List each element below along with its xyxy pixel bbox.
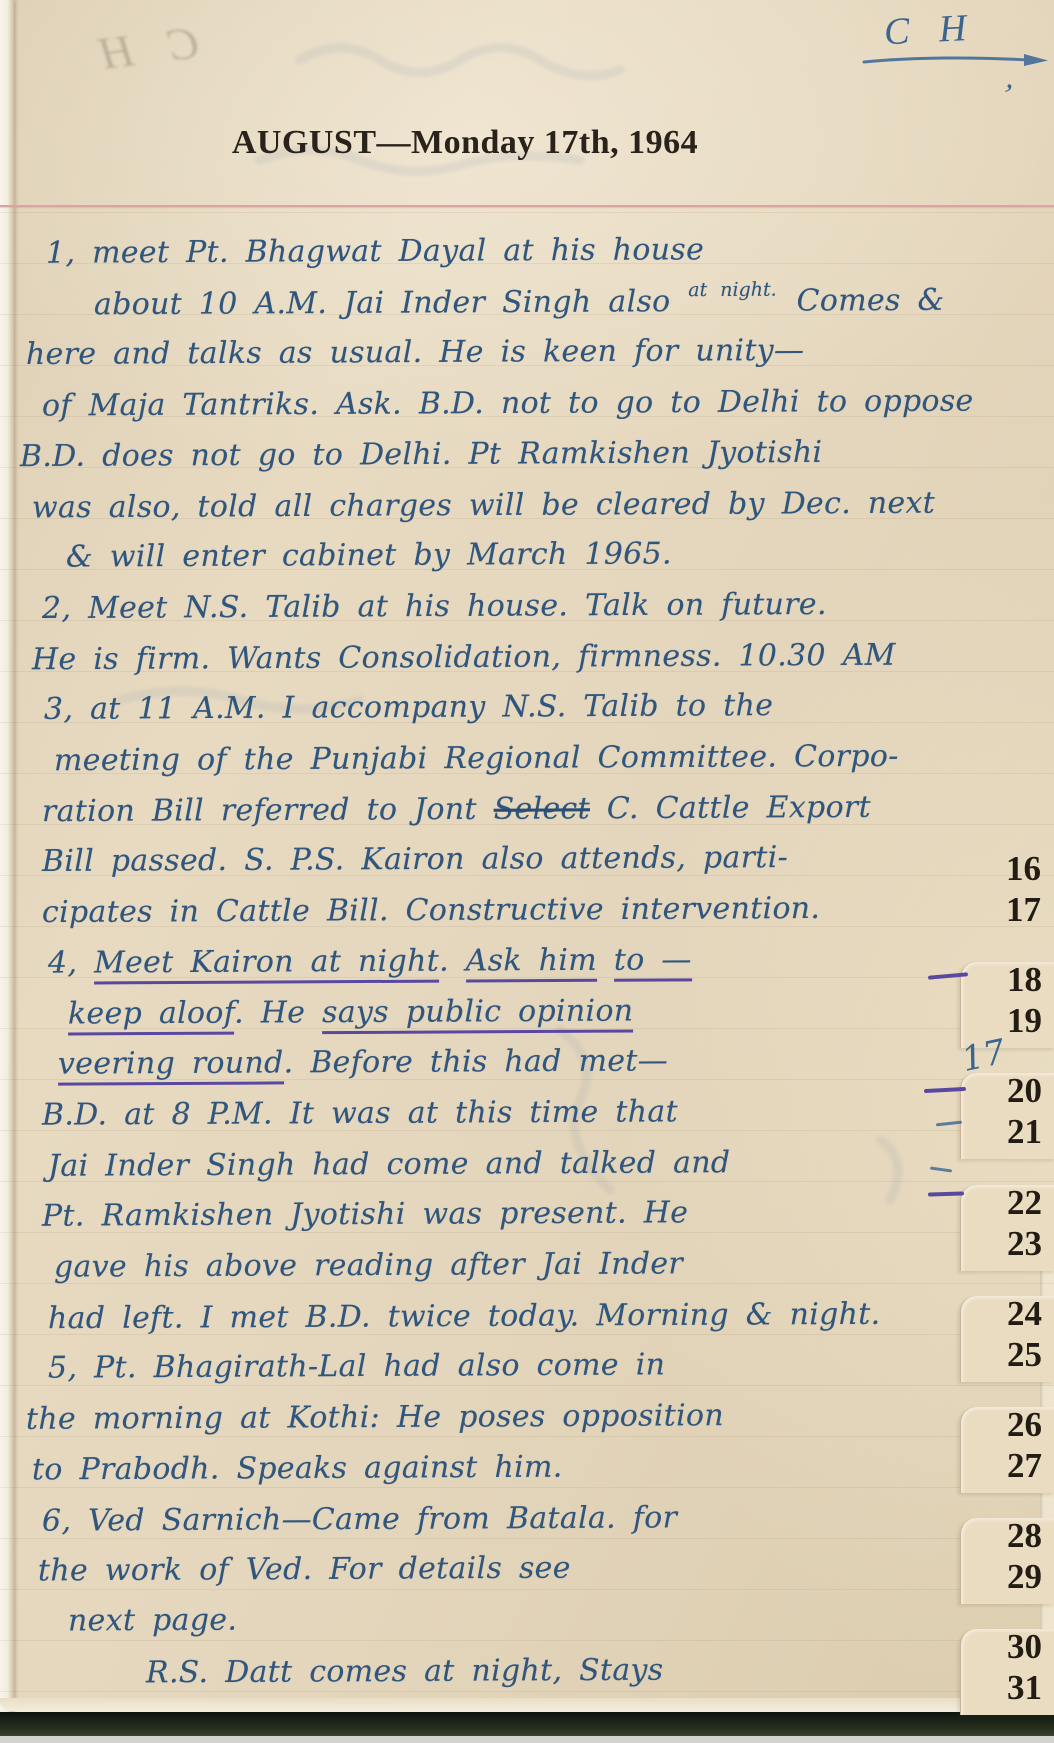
diary-line: 3, at 11 A.M. I accompany N.S. Talib to … [44,688,773,727]
diary-text-segment: Jai Inder Singh had come and talked and [48,1145,731,1184]
diary-line: Jai Inder Singh had come and talked and [48,1145,731,1184]
date-tab-20-21: 2021 [960,1073,1054,1159]
diary-line: keep aloof. He says public opinion [68,994,634,1032]
diary-cover-edge [0,1712,1054,1736]
diary-text-segment: 3, at 11 A.M. I accompany N.S. Talib to … [44,688,773,727]
diary-line: the work of Ved. For details see [38,1551,571,1589]
tab-date-number: 24 [1007,1296,1042,1331]
diary-text-segment: to — [614,942,692,981]
diary-text-segment: about 10 A.M. Jai Inder Singh also [94,284,688,322]
diary-text-segment: of Maja Tantriks. Ask. B.D. not to go to… [42,384,974,424]
tab-date-number: 29 [1007,1559,1042,1594]
diary-text-segment: & will enter cabinet by March 1965. [66,536,672,574]
date-tab-26-27: 2627 [960,1407,1054,1493]
diary-text-segment: at night. [688,279,777,301]
diary-line: 4, Meet Kairon at night. Ask him to — [48,942,692,980]
diary-text-segment: the morning at Kothi: He poses oppositio… [26,1398,724,1437]
diary-line: ration Bill referred to Jont Select C. C… [42,790,871,829]
diary-text-segment: 4, [48,945,94,980]
diary-text-segment: ration Bill referred to Jont [42,792,494,829]
diary-text-segment: here and talks as usual. He is keen for … [26,333,805,372]
date-tab-18-19: 1819 [960,962,1054,1048]
diary-text-segment: meeting of the Punjabi Regional Committe… [54,739,899,778]
tab-date-number: 28 [1007,1518,1042,1553]
paper-background: C H AUGUST—Monday 17th, 1964 C H ’ 1, me… [0,0,1054,1712]
tab-date-number: 23 [1007,1226,1042,1261]
diary-line: had left. I met B.D. twice today. Mornin… [48,1297,881,1336]
diary-text-segment: B.D. does not go to Delhi. Pt Ramkishen … [20,435,822,474]
diary-text-segment: had left. I met B.D. twice today. Mornin… [48,1297,881,1336]
diary-text-segment: veering round [58,1045,284,1085]
diary-line: veering round. Before this had met— [58,1043,668,1081]
tab-date-number: 31 [1007,1670,1042,1705]
diary-line: the morning at Kothi: He poses oppositio… [26,1398,724,1437]
diary-text-segment: . [439,943,466,978]
diary-line: about 10 A.M. Jai Inder Singh also at ni… [94,283,945,322]
date-tab-28-29: 2829 [960,1518,1054,1604]
tab-date-number: 26 [1007,1407,1042,1442]
diary-text-segment: keep aloof [68,996,234,1036]
diary-text-segment: 6, Ved Sarnich—Came from Batala. for [42,1500,677,1538]
diary-text-segment: C. Cattle Export [590,790,871,826]
diary-line: R.S. Datt comes at night, Stays [146,1653,664,1691]
diary-line: He is firm. Wants Consolidation, firmnes… [32,638,896,678]
diary-line: gave his above reading after Jai Inder [54,1246,683,1284]
diary-text-segment: Select [494,791,590,827]
tab-date-number: 21 [1007,1114,1042,1149]
tab-date-number: 27 [1007,1448,1042,1483]
diary-text-segment: R.S. Datt comes at night, Stays [146,1653,664,1691]
diary-line: here and talks as usual. He is keen for … [26,333,805,372]
diary-text-segment: gave his above reading after Jai Inder [54,1246,683,1284]
tab-date-number: 16 [1006,851,1041,886]
tab-date-number: 17 [1006,892,1041,927]
diary-line: Bill passed. S. P.S. Kairon also attends… [42,840,788,879]
diary-text-segment: He is firm. Wants Consolidation, firmnes… [32,638,896,678]
tab-date-number: 25 [1007,1337,1042,1372]
diary-text-segment: B.D. at 8 P.M. It was at this time that [42,1094,678,1132]
diary-line: B.D. at 8 P.M. It was at this time that [42,1094,678,1132]
diary-line: Pt. Ramkishen Jyotishi was present. He [42,1195,688,1233]
diary-line: of Maja Tantriks. Ask. B.D. not to go to… [42,384,974,424]
date-tab-16-17: 1617 [960,851,1054,937]
diary-text-segment: cipates in Cattle Bill. Constructive int… [42,891,820,930]
diary-text-segment: the work of Ved. For details see [38,1551,571,1589]
diary-text-segment [597,943,614,978]
date-tab-30-31: 3031 [960,1629,1054,1715]
date-tab-22-23: 2223 [960,1185,1054,1271]
diary-text-segment: 5, Pt. Bhagirath-Lal had also come in [48,1347,665,1385]
tab-date-number: 30 [1007,1629,1042,1664]
diary-line: B.D. does not go to Delhi. Pt Ramkishen … [20,435,822,474]
diary-line: next page. [68,1603,237,1639]
diary-line: to Prabodh. Speaks against him. [32,1450,563,1488]
diary-line: 5, Pt. Bhagirath-Lal had also come in [48,1347,665,1385]
diary-text-segment: Ask him [466,943,597,983]
scanned-diary-page: C H AUGUST—Monday 17th, 1964 C H ’ 1, me… [0,0,1054,1743]
diary-line: 2, Meet N.S. Talib at his house. Talk on… [42,587,827,626]
diary-text-segment: next page. [68,1603,237,1639]
diary-text-segment: . He [234,995,322,1030]
diary-text-segment: to Prabodh. Speaks against him. [32,1450,563,1488]
tab-date-number: 18 [1007,962,1042,997]
background-surface [0,1736,1054,1743]
date-tab-24-25: 2425 [960,1296,1054,1382]
tab-date-number: 19 [1007,1003,1042,1038]
diary-text-segment: 2, Meet N.S. Talib at his house. Talk on… [42,587,827,626]
diary-line: 6, Ved Sarnich—Came from Batala. for [42,1500,677,1538]
diary-text-segment: Meet Kairon at night [94,944,439,985]
diary-text-segment: 1, meet Pt. Bhagwat Dayal at his house [46,232,704,270]
diary-line: was also, told all charges will be clear… [32,486,935,526]
diary-text-segment: was also, told all charges will be clear… [32,486,935,526]
diary-text-segment: . Before this had met— [284,1043,669,1080]
page-title: AUGUST—Monday 17th, 1964 [0,124,930,162]
arrow-mark [858,46,1053,74]
diary-text-segment: Bill passed. S. P.S. Kairon also attends… [42,840,788,879]
tab-date-number: 22 [1007,1185,1042,1220]
diary-text-segment: Pt. Ramkishen Jyotishi was present. He [42,1195,688,1233]
diary-line: & will enter cabinet by March 1965. [66,536,672,574]
diary-line: cipates in Cattle Bill. Constructive int… [42,891,820,930]
diary-line: 1, meet Pt. Bhagwat Dayal at his house [46,232,704,270]
diary-line: meeting of the Punjabi Regional Committe… [54,739,899,778]
diary-text-segment: says public opinion [322,994,633,1035]
tab-date-number: 20 [1007,1073,1042,1108]
diary-text-segment: Comes & [780,283,945,319]
header-rule [0,205,1054,207]
